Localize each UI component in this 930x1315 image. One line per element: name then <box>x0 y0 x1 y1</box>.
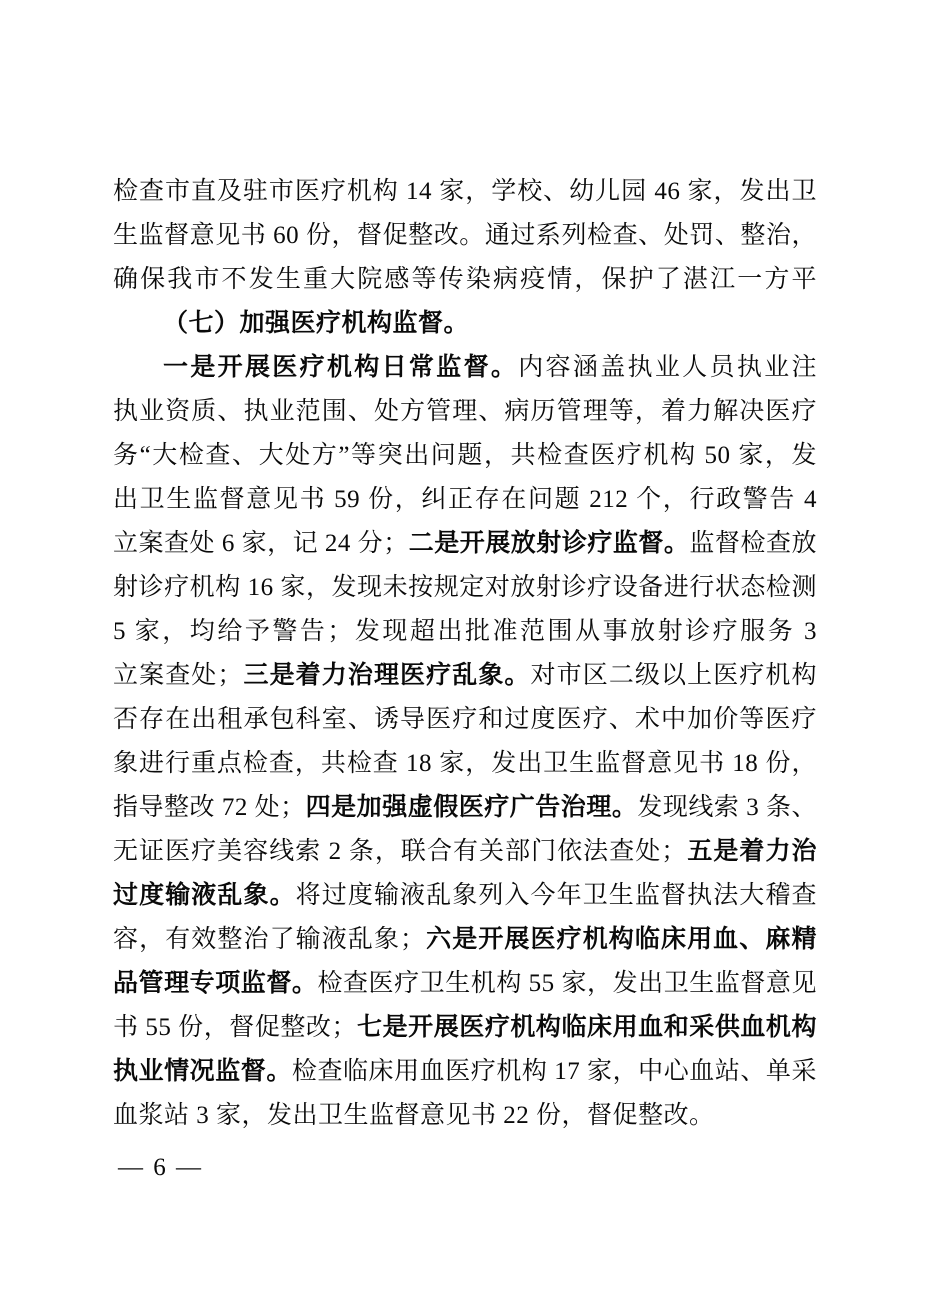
text-segment: 无证医疗美容线索 2 条，联合有关部门依法查处； <box>113 838 687 865</box>
text-segment: 检查临床用血医疗机构 17 家，中心血站、单采 <box>292 1058 817 1085</box>
text-segment: 出卫生监督意见书 59 份，纠正存在问题 212 个，行政警告 4 家， <box>113 486 817 522</box>
text-line: 执业资质、执业范围、处方管理、病历管理等，着力解决医疗服 <box>113 390 817 434</box>
text-segment: 否存在出租承包科室、诱导医疗和过度医疗、术中加价等医疗乱 <box>113 706 817 742</box>
bold-text-segment: 二是开展放射诊疗监督。 <box>409 530 690 557</box>
bold-text-segment: 过度输液乱象。 <box>113 882 296 909</box>
text-line: 品管理专项监督。检查医疗卫生机构 55 家，发出卫生监督意见 <box>113 962 817 1006</box>
bold-text-segment: 七是开展医疗机构临床用血和采供血机构 <box>357 1014 817 1041</box>
text-line: 否存在出租承包科室、诱导医疗和过度医疗、术中加价等医疗乱 <box>113 698 817 742</box>
bold-text-segment: 品管理专项监督。 <box>113 970 317 997</box>
text-segment: 执业资质、执业范围、处方管理、病历管理等，着力解决医疗服 <box>113 398 817 434</box>
text-line: 一是开展医疗机构日常监督。内容涵盖执业人员执业注册、 <box>113 346 817 390</box>
text-line: 过度输液乱象。将过度输液乱象列入今年卫生监督执法大稽查内 <box>113 874 817 918</box>
bold-text-segment: 一是开展医疗机构日常监督。 <box>163 354 518 381</box>
text-line: 立案查处；三是着力治理医疗乱象。对市区二级以上医疗机构是 <box>113 654 817 698</box>
text-segment: 指导整改 72 处； <box>113 794 306 821</box>
text-line: 射诊疗机构 16 家，发现未按规定对放射诊疗设备进行状态检测 <box>113 566 817 610</box>
text-segment: 务“大检查、大处方”等突出问题，共检查医疗机构 50 家，发 <box>113 442 817 469</box>
text-segment: 立案查处； <box>113 662 243 689</box>
text-segment: 5 家，均给予警告；发现超出批准范围从事放射诊疗服务 3 家， <box>113 618 817 654</box>
text-segment: 容，有效整治了输液乱象； <box>113 926 426 953</box>
document-page: 检查市直及驻市医疗机构 14 家，学校、幼儿园 46 家，发出卫生监督意见书 6… <box>0 0 930 1315</box>
bold-text-segment: 四是加强虚假医疗广告治理。 <box>306 794 638 821</box>
text-line: 无证医疗美容线索 2 条，联合有关部门依法查处；五是着力治理 <box>113 830 817 874</box>
text-segment: 血浆站 3 家，发出卫生监督意见书 22 份，督促整改。 <box>113 1102 715 1129</box>
text-line: 指导整改 72 处；四是加强虚假医疗广告治理。发现线索 3 条、 <box>113 786 817 830</box>
text-segment: 监督检查放 <box>689 530 817 557</box>
page-number: — 6 — <box>118 1150 203 1186</box>
text-line: 象进行重点检查，共检查 18 家，发出卫生监督意见书 18 份， <box>113 742 817 786</box>
text-segment: 检查市直及驻市医疗机构 14 家，学校、幼儿园 46 家，发出卫 <box>113 178 817 205</box>
text-segment: 书 55 份，督促整改； <box>113 1014 357 1041</box>
text-line: 容，有效整治了输液乱象；六是开展医疗机构临床用血、麻精药 <box>113 918 817 962</box>
bold-text-segment: 三是着力治理医疗乱象。 <box>243 662 531 689</box>
text-segment: 生监督意见书 60 份，督促整改。通过系列检查、处罚、整治， <box>113 222 817 249</box>
text-line: 血浆站 3 家，发出卫生监督意见书 22 份，督促整改。 <box>113 1094 817 1138</box>
bold-text-segment: （七）加强医疗机构监督。 <box>163 310 469 337</box>
text-line: 确保我市不发生重大院感等传染病疫情，保护了湛江一方平安。 <box>113 258 817 302</box>
text-line: 执业情况监督。检查临床用血医疗机构 17 家，中心血站、单采 <box>113 1050 817 1094</box>
bold-text-segment: 执业情况监督。 <box>113 1058 292 1085</box>
text-line: 出卫生监督意见书 59 份，纠正存在问题 212 个，行政警告 4 家， <box>113 478 817 522</box>
text-line: 生监督意见书 60 份，督促整改。通过系列检查、处罚、整治， <box>113 214 817 258</box>
text-line: 立案查处 6 家，记 24 分；二是开展放射诊疗监督。监督检查放 <box>113 522 817 566</box>
text-segment: 发现线索 3 条、 <box>637 794 817 821</box>
text-segment: 象进行重点检查，共检查 18 家，发出卫生监督意见书 18 份， <box>113 750 817 777</box>
text-segment: 射诊疗机构 16 家，发现未按规定对放射诊疗设备进行状态检测 <box>113 574 817 601</box>
text-line: 书 55 份，督促整改；七是开展医疗机构临床用血和采供血机构 <box>113 1006 817 1050</box>
text-line: 5 家，均给予警告；发现超出批准范围从事放射诊疗服务 3 家， <box>113 610 817 654</box>
text-segment: 检查医疗卫生机构 55 家，发出卫生监督意见 <box>317 970 817 997</box>
document-body: 检查市直及驻市医疗机构 14 家，学校、幼儿园 46 家，发出卫生监督意见书 6… <box>113 170 817 1138</box>
text-segment: 确保我市不发生重大院感等传染病疫情，保护了湛江一方平安。 <box>113 266 817 302</box>
text-line: 务“大检查、大处方”等突出问题，共检查医疗机构 50 家，发 <box>113 434 817 478</box>
text-line: 检查市直及驻市医疗机构 14 家，学校、幼儿园 46 家，发出卫 <box>113 170 817 214</box>
text-line: （七）加强医疗机构监督。 <box>113 302 817 346</box>
text-segment: 立案查处 6 家，记 24 分； <box>113 530 409 557</box>
